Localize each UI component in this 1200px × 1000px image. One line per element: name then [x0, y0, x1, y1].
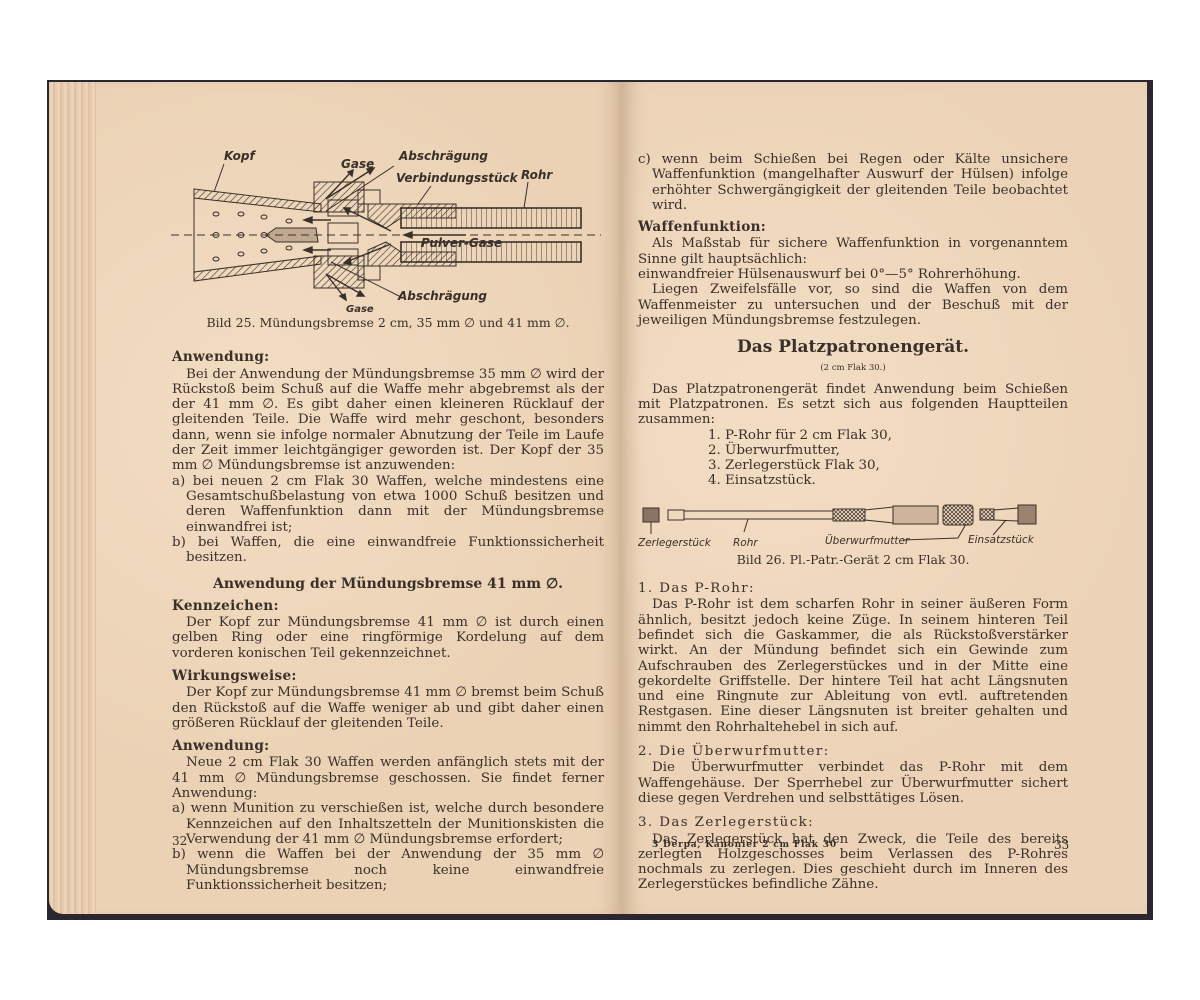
heading-p-rohr: 1. Das P-Rohr:	[638, 581, 1068, 596]
label-verbindungsstueck: Verbindungsstück	[396, 171, 519, 185]
label-einsatzstueck: Einsatzstück	[968, 534, 1035, 546]
paragraph-intro: Das Platzpatronengerät findet Anwendung …	[638, 382, 1068, 428]
list-item: 4. Einsatzstück.	[708, 473, 1068, 488]
label-gase-top: Gase	[341, 157, 374, 171]
page-number-right: 33	[1054, 838, 1069, 852]
page-edges	[49, 82, 99, 914]
parts-list: 1. P-Rohr für 2 cm Flak 30, 2. Überwurfm…	[638, 428, 1068, 488]
label-gase-bottom: Gase	[346, 304, 374, 314]
left-page: Kopf Gase Abschrägung Verbindungsstück R…	[96, 82, 622, 914]
section-subtitle: (2 cm Flak 30.)	[638, 361, 1068, 376]
list-item: 1. P-Rohr für 2 cm Flak 30,	[708, 428, 1068, 443]
heading-wirkungsweise: Wirkungsweise:	[172, 669, 604, 684]
list-item: b) wenn die Waffen bei der Anwendung der…	[172, 847, 604, 893]
figure-26-caption: Bild 26. Pl.-Patr.-Gerät 2 cm Flak 30.	[638, 552, 1068, 567]
figure-25-muzzle-brake-diagram: Kopf Gase Abschrägung Verbindungsstück R…	[146, 144, 616, 314]
heading-ueberwurfmutter: 2. Die Überwurfmutter:	[638, 744, 1068, 759]
list-item: b) bei Waffen, die eine einwandfreie Fun…	[172, 535, 604, 566]
list-item: 2. Überwurfmutter,	[708, 443, 1068, 458]
label-abschraegung-top: Abschrägung	[398, 149, 488, 163]
label-pulver-gase: Pulver-Gase	[421, 236, 502, 250]
heading-anwendung-1: Anwendung:	[172, 350, 604, 365]
heading-anwendung-2: Anwendung:	[172, 739, 604, 754]
paragraph-ueberwurfmutter: Die Überwurfmutter verbindet das P-Rohr …	[638, 760, 1068, 806]
paragraph-p-rohr: Das P-Rohr ist dem scharfen Rohr in sein…	[638, 597, 1068, 735]
heading-zerlegerstueck: 3. Das Zerlegerstück:	[638, 815, 1068, 830]
right-page: c) wenn beim Schießen bei Regen oder Käl…	[622, 82, 1147, 914]
label-zerlegerstueck: Zerlegerstück	[638, 537, 712, 549]
list-item: a) bei neuen 2 cm Flak 30 Waffen, welche…	[172, 474, 604, 535]
page-number-left: 32	[172, 834, 187, 848]
right-column: c) wenn beim Schießen bei Regen oder Käl…	[638, 152, 1068, 893]
list-item: a) wenn Munition zu verschießen ist, wel…	[172, 801, 604, 847]
paragraph-anwendung-2: Neue 2 cm Flak 30 Waffen werden anfängli…	[172, 755, 604, 801]
section-title-platzpatronengeraet: Das Platzpatronengerät.	[638, 340, 1068, 355]
paragraph-waffenfunktion-2: Liegen Zweifelsfälle vor, so sind die Wa…	[638, 282, 1068, 328]
label-rohr: Rohr	[521, 168, 553, 182]
label-rohr-fig26: Rohr	[733, 537, 758, 549]
paragraph-waffenfunktion-line: einwandfreier Hülsenauswurf bei 0°—5° Ro…	[638, 267, 1068, 282]
paragraph-wirkungsweise: Der Kopf zur Mündungsbremse 41 mm ∅ brem…	[172, 685, 604, 731]
label-ueberwurfmutter: Überwurfmutter	[825, 534, 910, 547]
paragraph-waffenfunktion-1: Als Maßstab für sichere Waffenfunktion i…	[638, 236, 1068, 267]
list-item: 3. Zerlegerstück Flak 30,	[708, 458, 1068, 473]
paragraph-anwendung-1: Bei der Anwendung der Mündungsbremse 35 …	[172, 367, 604, 474]
list-item-c: c) wenn beim Schießen bei Regen oder Käl…	[638, 152, 1068, 213]
printer-signature: 3 Derpa, Kanonier 2 cm Flak 30	[652, 840, 837, 850]
heading-anwendung-41mm: Anwendung der Mündungsbremse 41 mm ∅.	[172, 577, 604, 592]
figure-26-blank-cartridge-device: Zerlegerstück Rohr Überwurfmutter Einsat…	[638, 502, 1068, 550]
label-kopf: Kopf	[224, 149, 256, 163]
heading-kennzeichen: Kennzeichen:	[172, 599, 604, 614]
heading-waffenfunktion: Waffenfunktion:	[638, 220, 1068, 235]
figure-25-caption: Bild 25. Mündungsbremse 2 cm, 35 mm ∅ un…	[172, 315, 604, 330]
label-abschraegung-bottom: Abschrägung	[397, 289, 487, 303]
paragraph-kennzeichen: Der Kopf zur Mündungsbremse 41 mm ∅ ist …	[172, 615, 604, 661]
left-column: Bild 25. Mündungsbremse 2 cm, 35 mm ∅ un…	[172, 315, 604, 893]
